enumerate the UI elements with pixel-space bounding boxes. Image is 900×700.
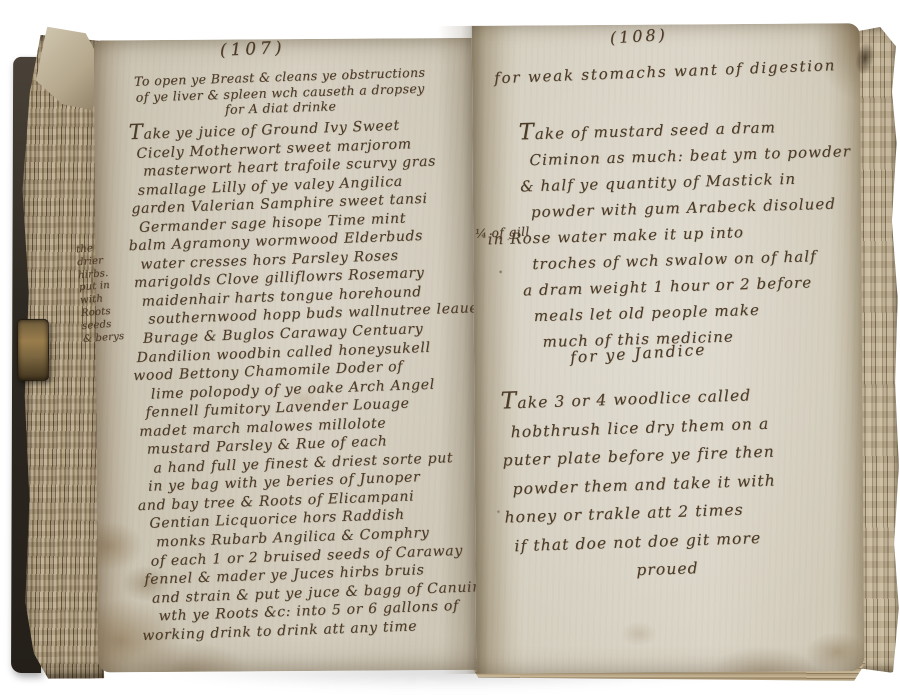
- handwriting-line: proued: [636, 549, 853, 585]
- left-recipe-body: Take ye juice of Ground Ivy SweetCicely …: [128, 111, 482, 646]
- right-recipe-body-2: Take 3 or 4 woodlice calledhobthrush lic…: [500, 378, 852, 589]
- manuscript-book: (107) To open ye Breast & cleans ye obst…: [10, 7, 893, 693]
- right-page: (108) for weak stomachs want of digestio…: [472, 23, 865, 674]
- brass-clasp: [17, 319, 49, 381]
- handwriting-line: & berys: [83, 330, 130, 346]
- left-page-number: (107): [220, 38, 286, 61]
- right-recipe-title-1: for weak stomachs want of digestion: [494, 56, 850, 88]
- left-page: (107) To open ye Breast & cleans ye obst…: [94, 38, 476, 673]
- left-margin-note: thedrierhirbs.put inwithRootsseeds& bery…: [76, 241, 130, 347]
- right-recipe-body-1: Take of mustard seed a dramCiminon as mu…: [518, 112, 854, 355]
- right-page-number: (108): [609, 25, 668, 47]
